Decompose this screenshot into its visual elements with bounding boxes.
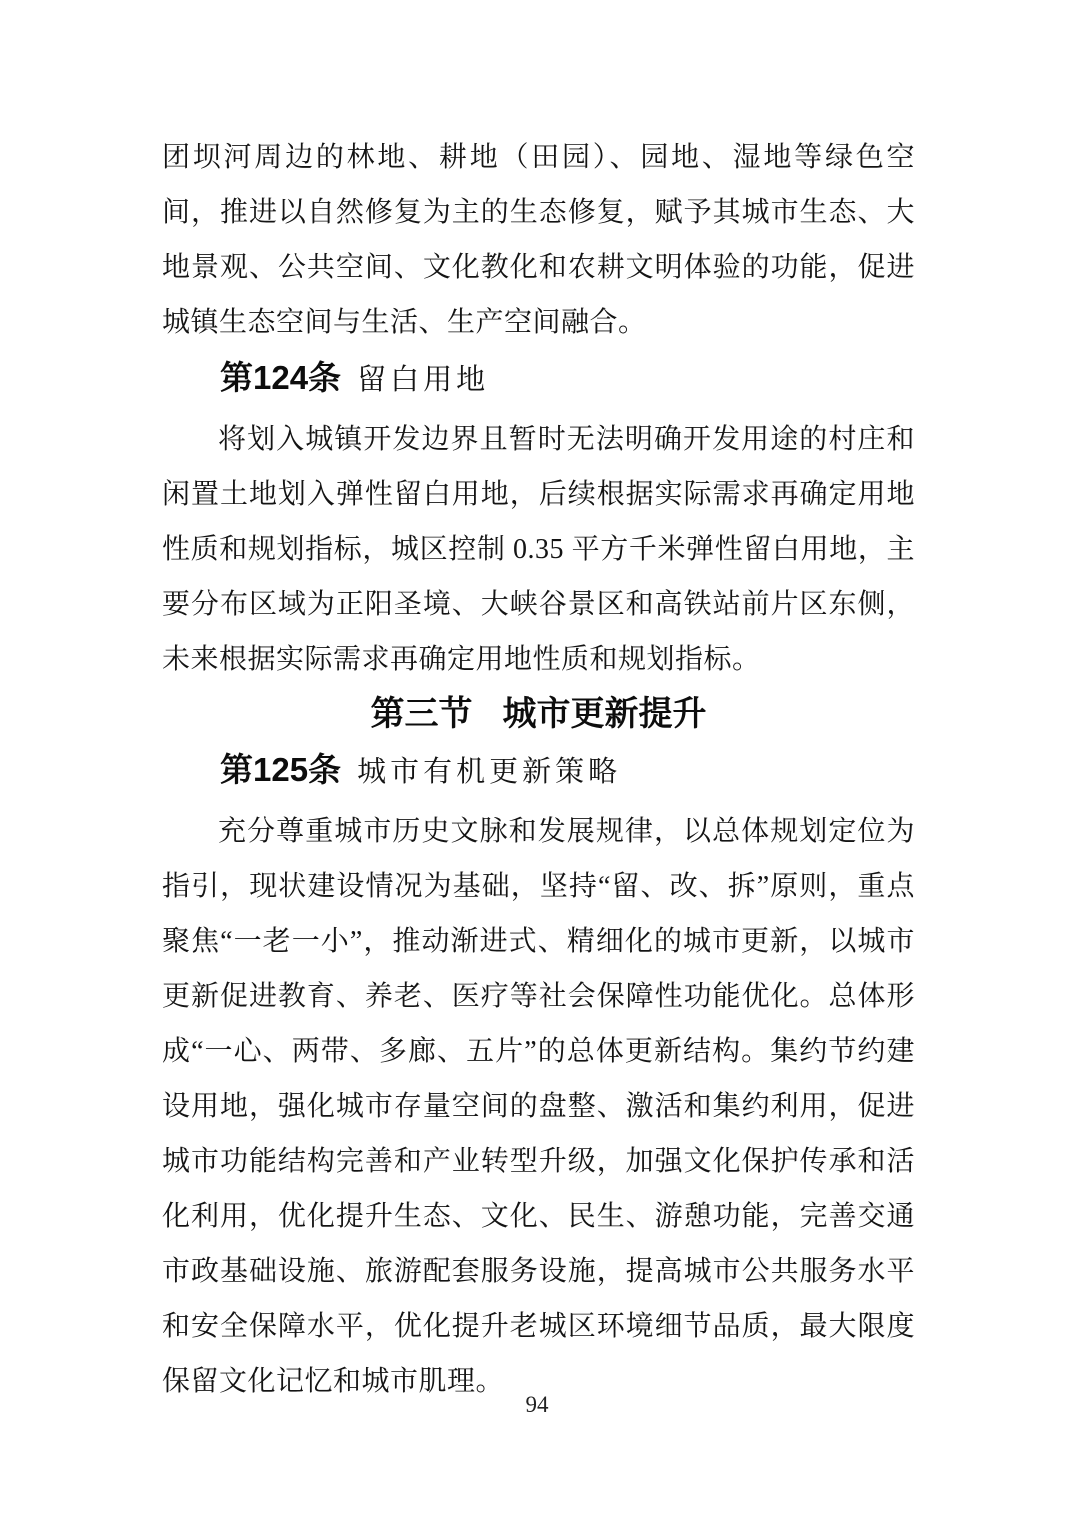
paragraph-article-124-body: 将划入城镇开发边界且暂时无法明确开发用途的村庄和闲置土地划入弹性留白用地，后续根… [162,412,915,687]
article-124-heading: 第124条留白用地 [162,350,915,412]
section-3-title: 城市更新提升 [503,695,707,733]
article-125-title: 城市有机更新策略 [357,756,621,788]
article-125-heading: 第125条城市有机更新策略 [162,742,915,804]
section-3-heading: 第三节城市更新提升 [162,687,915,742]
paragraph-article-125-body: 充分尊重城市历史文脉和发展规律，以总体规划定位为指引，现状建设情况为基础，坚持“… [162,804,915,1409]
paragraph-green-space-continuation: 团坝河周边的林地、耕地（田园）、园地、湿地等绿色空间，推进以自然修复为主的生态修… [162,130,915,350]
article-124-title: 留白用地 [357,364,489,396]
article-125-number: 第125条 [220,751,341,788]
section-3-number: 第三节 [371,695,473,733]
article-124-number: 第124条 [220,359,341,396]
page-number: 94 [0,1392,1074,1418]
document-page: 团坝河周边的林地、耕地（田园）、园地、湿地等绿色空间，推进以自然修复为主的生态修… [0,0,1074,1520]
